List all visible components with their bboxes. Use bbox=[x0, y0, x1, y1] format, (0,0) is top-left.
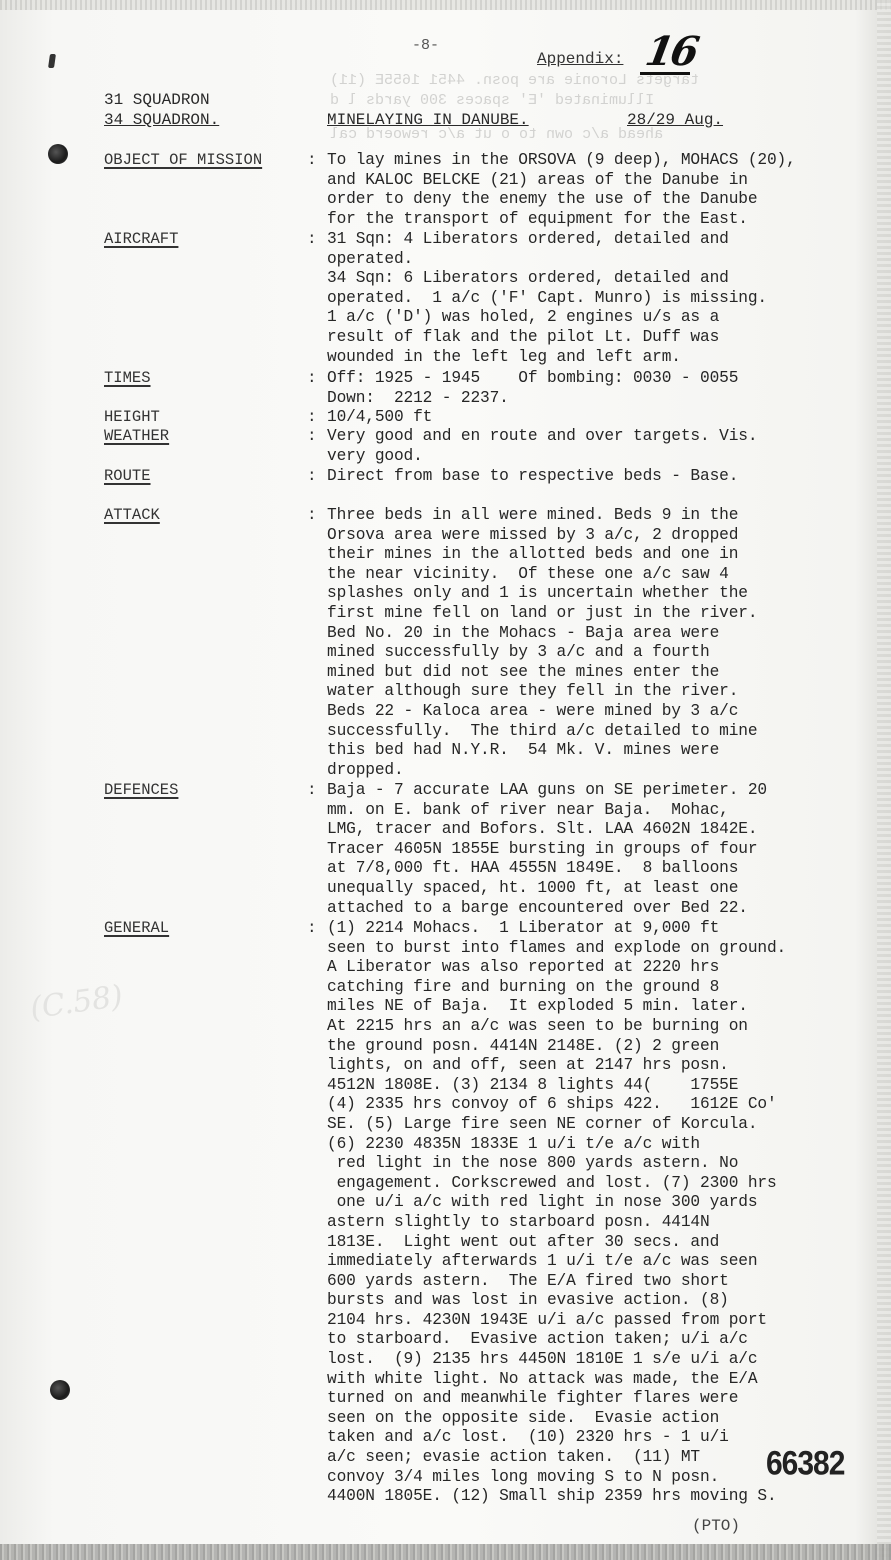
bleed-through-text: Illuminated 'E' spaces 300 yards l d bbox=[330, 92, 654, 109]
label-colon: : bbox=[307, 408, 317, 426]
label-colon: : bbox=[307, 427, 317, 445]
section-body-aircraft: 31 Sqn: 4 Liberators ordered, detailed a… bbox=[327, 230, 867, 367]
label-colon: : bbox=[307, 369, 317, 387]
section-label-weather: WEATHER bbox=[104, 427, 169, 445]
section-body-height: 10/4,500 ft bbox=[327, 408, 867, 428]
document-page: (C.58) targets Loronie are posn. 4451 16… bbox=[0, 0, 891, 1560]
appendix-label: Appendix: bbox=[537, 50, 623, 68]
section-body-object-of-mission: To lay mines in the ORSOVA (9 deep), MOH… bbox=[327, 151, 867, 229]
please-turn-over-note: (PTO) bbox=[692, 1517, 740, 1535]
section-body-route: Direct from base to respective beds - Ba… bbox=[327, 467, 867, 487]
label-colon: : bbox=[307, 467, 317, 485]
label-colon: : bbox=[307, 506, 317, 524]
punch-hole-icon bbox=[50, 1380, 70, 1400]
archive-stamp-number: 66382 bbox=[766, 1444, 844, 1483]
pencil-annotation: (C.58) bbox=[28, 979, 125, 1027]
section-label-times: TIMES bbox=[104, 369, 151, 387]
margin-mark bbox=[48, 54, 56, 68]
page-number: -8- bbox=[412, 37, 439, 54]
section-body-general: (1) 2214 Mohacs. 1 Liberator at 9,000 ft… bbox=[327, 919, 867, 1507]
label-colon: : bbox=[307, 919, 317, 937]
label-colon: : bbox=[307, 151, 317, 169]
section-label-general: GENERAL bbox=[104, 919, 169, 937]
squadron-34: 34 SQUADRON. bbox=[104, 111, 219, 129]
scan-bottom-edge bbox=[0, 1544, 891, 1560]
label-colon: : bbox=[307, 230, 317, 248]
appendix-underline bbox=[640, 72, 690, 75]
section-body-attack: Three beds in all were mined. Beds 9 in … bbox=[327, 506, 867, 780]
section-body-defences: Baja - 7 accurate LAA guns on SE perimet… bbox=[327, 781, 867, 918]
scan-top-edge bbox=[0, 0, 891, 10]
section-label-defences: DEFENCES bbox=[104, 781, 178, 799]
section-body-times: Off: 1925 - 1945 Of bombing: 0030 - 0055… bbox=[327, 369, 867, 408]
scan-right-edge bbox=[877, 0, 891, 1560]
section-body-weather: Very good and en route and over targets.… bbox=[327, 427, 867, 466]
document-title: MINELAYING IN DANUBE. bbox=[327, 111, 529, 129]
squadron-31: 31 SQUADRON bbox=[104, 91, 210, 109]
section-label-attack: ATTACK bbox=[104, 506, 160, 524]
section-label-route: ROUTE bbox=[104, 467, 151, 485]
document-date: 28/29 Aug. bbox=[627, 111, 723, 129]
label-colon: : bbox=[307, 781, 317, 799]
section-label-object-of-mission: OBJECT OF MISSION bbox=[104, 151, 262, 169]
section-label-height: HEIGHT bbox=[104, 408, 160, 426]
appendix-number-handwritten: 16 bbox=[642, 28, 700, 75]
punch-hole-icon bbox=[48, 144, 68, 164]
section-label-aircraft: AIRCRAFT bbox=[104, 230, 178, 248]
